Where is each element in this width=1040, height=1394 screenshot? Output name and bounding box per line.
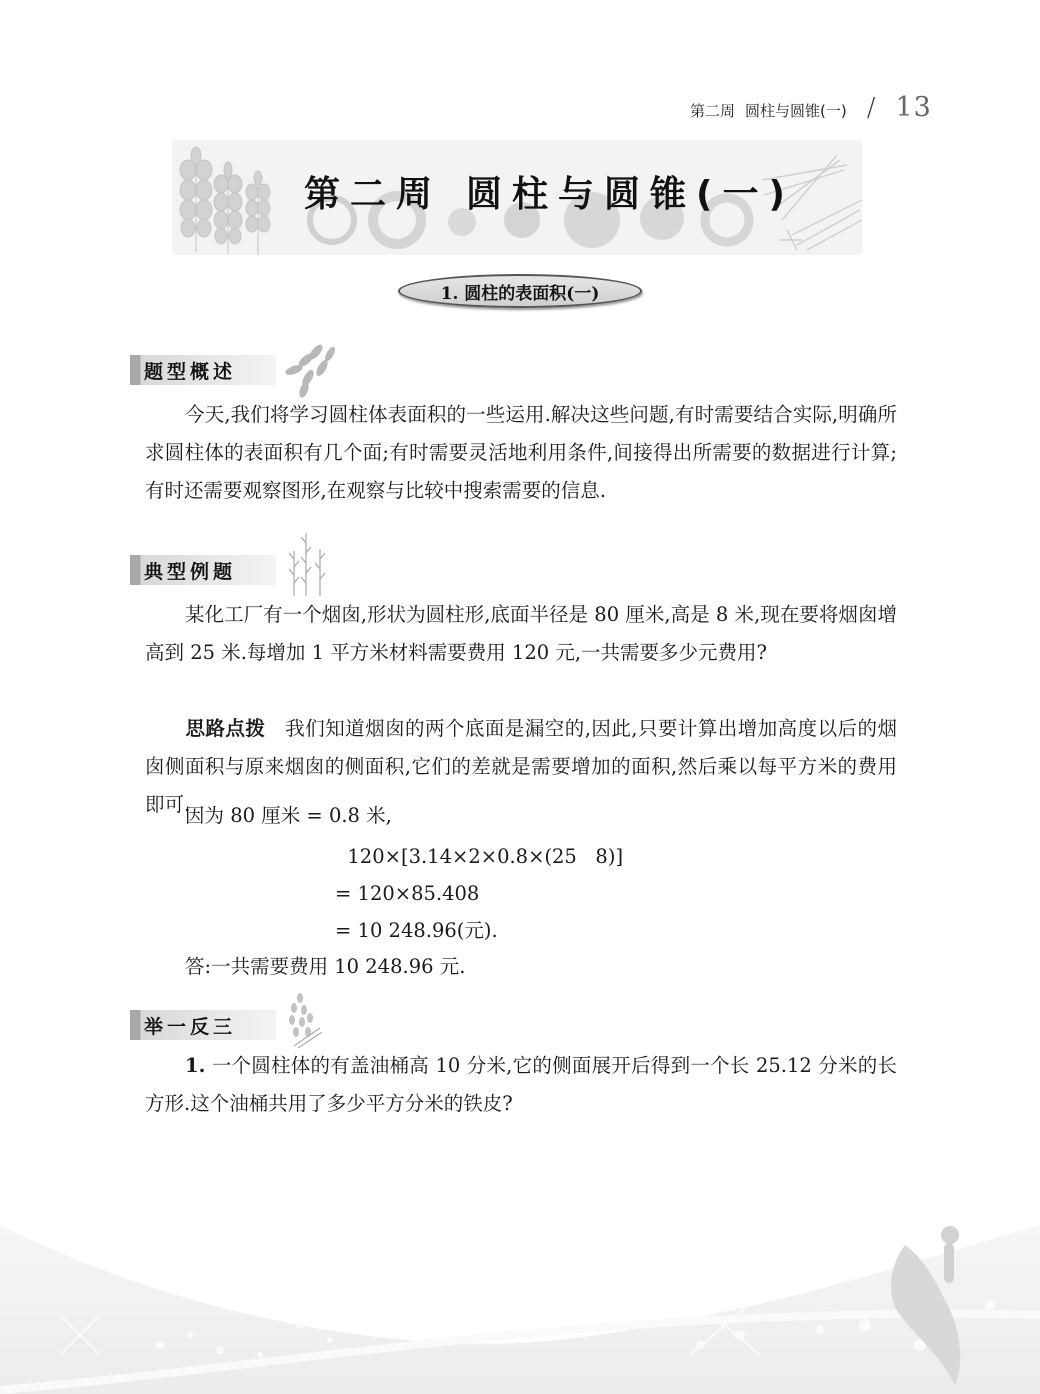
- overview-paragraph: 今天,我们将学习圆柱体表面积的一些运用.解决这些问题,有时需要结合实际,明确所求…: [145, 403, 897, 502]
- section-tag-practice: 举一反三: [130, 1010, 342, 1040]
- practice-item-1: 1. 一个圆柱体的有盖油桶高 10 分米,它的侧面展开后得到一个长 25.12 …: [145, 1047, 897, 1123]
- calc-line: = 10 248.96(元).: [335, 912, 623, 949]
- overview-text: 今天,我们将学习圆柱体表面积的一些运用.解决这些问题,有时需要结合实际,明确所求…: [145, 396, 897, 510]
- page-number: 13: [896, 92, 932, 123]
- example-answer: 答:一共需要费用 10 248.96 元.: [145, 948, 897, 986]
- lesson-title: 1. 圆柱的表面积(一): [398, 274, 642, 308]
- section-label: 典型例题: [130, 555, 276, 585]
- running-head-chapter: 第二周: [690, 100, 735, 121]
- grass-icon: [280, 526, 342, 596]
- answer-text: 答:一共需要费用 10 248.96 元.: [185, 955, 465, 978]
- calc-line: = 120×85.408: [335, 875, 623, 912]
- leafy-sprig-icon: [280, 988, 342, 1048]
- given-text: 因为 80 厘米 = 0.8 米,: [185, 804, 392, 827]
- section-label: 举一反三: [130, 1010, 276, 1040]
- calc-line: 120×[3.14×2×0.8×(25 8)]: [335, 838, 623, 875]
- section-tag-overview: 题型概述: [130, 355, 342, 385]
- leaf-branch-icon: [280, 340, 342, 400]
- hint-label: 思路点拨: [185, 717, 265, 740]
- running-head: 第二周 圆柱与圆锥(一) / 13: [690, 92, 932, 123]
- wheat-icon: [180, 147, 212, 252]
- example-problem: 某化工厂有一个烟囱,形状为圆柱形,底面半径是 80 厘米,高是 8 米,现在要将…: [145, 596, 897, 672]
- chapter-title-week: 第二周: [304, 174, 442, 215]
- running-head-separator: /: [867, 93, 876, 123]
- example-given: 因为 80 厘米 = 0.8 米,: [145, 797, 897, 835]
- section-tag-example: 典型例题: [130, 555, 342, 585]
- practice-item-text: 一个圆柱体的有盖油桶高 10 分米,它的侧面展开后得到一个长 25.12 分米的…: [145, 1054, 897, 1115]
- practice-item-number: 1.: [185, 1054, 205, 1077]
- example-problem-text: 某化工厂有一个烟囱,形状为圆柱形,底面半径是 80 厘米,高是 8 米,现在要将…: [145, 603, 897, 664]
- running-head-section: 圆柱与圆锥(一): [745, 100, 847, 121]
- calculation: 120×[3.14×2×0.8×(25 8)] = 120×85.408 = 1…: [335, 838, 623, 949]
- chapter-title: 第二周圆柱与圆锥(一): [304, 166, 795, 217]
- wheat-icon: [214, 162, 242, 254]
- footer-wave-decoration: [0, 1205, 1040, 1394]
- chapter-banner: 第二周圆柱与圆锥(一): [172, 140, 862, 255]
- section-label: 题型概述: [130, 355, 276, 385]
- wheat-icon: [246, 171, 270, 255]
- chapter-title-topic: 圆柱与圆锥(一): [466, 174, 795, 215]
